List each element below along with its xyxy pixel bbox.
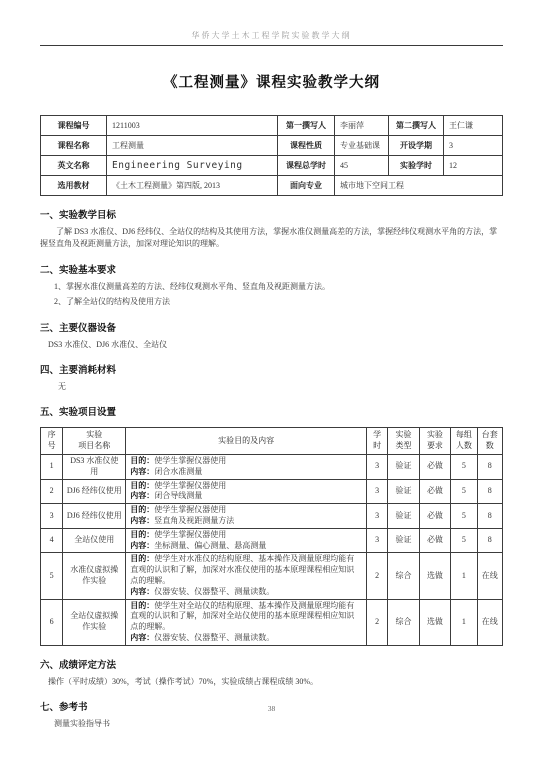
page-title: 《工程测量》课程实验教学大纲: [40, 71, 503, 92]
col-header-hours: 学 时: [366, 428, 387, 455]
experiment-purpose: 目的：使学生掌握仪器使用: [130, 481, 362, 492]
experiment-purpose-content: 目的：使学生掌握仪器使用内容：竖直角及视距测量方法: [126, 504, 367, 529]
experiment-sets: 在线: [477, 599, 502, 645]
experiment-row: 5水准仪虚拟操作实验目的：使学生对水准仪的结构原理、基本操作及测量原理均能有直观…: [41, 553, 503, 599]
experiment-purpose-content: 目的：使学生掌握仪器使用内容：坐标测量、偏心测量、悬高测量: [126, 528, 367, 553]
second-author-value: 王仁谦: [444, 116, 503, 136]
experiment-purpose: 目的：使学生掌握仪器使用: [130, 456, 362, 467]
col-header-requirement: 实验 要求: [419, 428, 450, 455]
section-paragraph: 操作（平时成绩）30%，考试（操作考试）70%，实验成绩占课程成绩 30%。: [40, 676, 503, 688]
experiments-table: 序 号 实验 项目名称 实验目的及内容 学 时 实验 类型 实验 要求 每组 人…: [40, 427, 503, 645]
course-code-label: 课程编号: [41, 116, 107, 136]
col-header-sets: 台套 数: [477, 428, 502, 455]
experiment-purpose-content: 目的：使学生掌握仪器使用内容：闭合水准测量: [126, 454, 367, 479]
semester-value: 3: [444, 136, 503, 156]
course-name-label: 课程名称: [41, 136, 107, 156]
section-paragraph: 无: [40, 381, 503, 393]
experiment-type: 验证: [388, 454, 419, 479]
document-page: 华侨大学土木工程学院实验教学大纲 《工程测量》课程实验教学大纲 课程编号 121…: [0, 0, 543, 768]
english-name-value: Engineering Surveying: [107, 156, 278, 176]
course-info-row: 选用教材 《土木工程测量》第四版, 2013 面向专业 城市地下空间工程: [41, 176, 503, 196]
col-header-purpose-content: 实验目的及内容: [126, 428, 367, 455]
experiment-name: 全站仪虚拟操作实验: [63, 599, 126, 645]
experiment-purpose: 目的：使学生对全站仪的结构原理、基本操作及测量原理均能有直观的认识和了解，加深对…: [130, 601, 362, 633]
requirement-item: 2、了解全站仪的结构及使用方法: [40, 296, 503, 308]
col-header-no: 序 号: [41, 428, 63, 455]
major-value: 城市地下空间工程: [335, 176, 503, 196]
experiment-name: DJ6 经纬仪使用: [63, 504, 126, 529]
experiment-type: 综合: [388, 553, 419, 599]
total-hours-value: 45: [335, 156, 389, 176]
section-teaching-goals: 一、实验教学目标 了解 DS3 水准仪、DJ6 经纬仪、全站仪的结构及其使用方法…: [40, 207, 503, 251]
experiment-type: 验证: [388, 479, 419, 504]
header-rule: [40, 45, 503, 46]
experiment-purpose: 目的：使学生对水准仪的结构原理、基本操作及测量原理均能有直观的认识和了解，加深对…: [130, 554, 362, 586]
section-consumables: 四、主要消耗材料 无: [40, 362, 503, 393]
section-heading: 六、成绩评定方法: [40, 657, 503, 671]
second-author-label: 第二撰写人: [389, 116, 444, 136]
experiment-hours: 2: [366, 599, 387, 645]
experiment-requirement: 必做: [419, 479, 450, 504]
section-grading: 六、成绩评定方法 操作（平时成绩）30%，考试（操作考试）70%，实验成绩占课程…: [40, 657, 503, 688]
experiment-group-size: 1: [451, 553, 477, 599]
section-heading: 三、主要仪器设备: [40, 320, 503, 334]
experiment-no: 3: [41, 504, 63, 529]
experiment-requirement: 必做: [419, 528, 450, 553]
experiment-content: 内容：竖直角及视距测量方法: [130, 516, 362, 527]
experiment-row: 1DS3 水准仪使用目的：使学生掌握仪器使用内容：闭合水准测量3验证必做58: [41, 454, 503, 479]
experiment-row: 4全站仪使用目的：使学生掌握仪器使用内容：坐标测量、偏心测量、悬高测量3验证必做…: [41, 528, 503, 553]
experiment-type: 验证: [388, 528, 419, 553]
experiment-name: DJ6 经纬仪使用: [63, 479, 126, 504]
experiment-name: DS3 水准仪使用: [63, 454, 126, 479]
experiment-sets: 8: [477, 479, 502, 504]
course-nature-label: 课程性质: [278, 136, 335, 156]
course-info-row: 英文名称 Engineering Surveying 课程总学时 45 实验学时…: [41, 156, 503, 176]
experiment-group-size: 5: [451, 454, 477, 479]
experiment-no: 6: [41, 599, 63, 645]
experiment-no: 1: [41, 454, 63, 479]
total-hours-label: 课程总学时: [278, 156, 335, 176]
section-heading: 二、实验基本要求: [40, 262, 503, 276]
experiment-group-size: 1: [451, 599, 477, 645]
lab-hours-value: 12: [444, 156, 503, 176]
experiment-no: 5: [41, 553, 63, 599]
experiment-sets: 8: [477, 454, 502, 479]
experiment-requirement: 必做: [419, 454, 450, 479]
course-info-row: 课程编号 1211003 第一撰写人 李丽萍 第二撰写人 王仁谦: [41, 116, 503, 136]
experiment-hours: 3: [366, 454, 387, 479]
major-label: 面向专业: [278, 176, 335, 196]
textbook-value: 《土木工程测量》第四版, 2013: [107, 176, 278, 196]
textbook-label: 选用教材: [41, 176, 107, 196]
experiment-purpose: 目的：使学生掌握仪器使用: [130, 505, 362, 516]
section-heading: 四、主要消耗材料: [40, 362, 503, 376]
section-heading: 一、实验教学目标: [40, 207, 503, 221]
experiment-row: 6全站仪虚拟操作实验目的：使学生对全站仪的结构原理、基本操作及测量原理均能有直观…: [41, 599, 503, 645]
running-header: 华侨大学土木工程学院实验教学大纲: [40, 0, 503, 41]
experiment-requirement: 选做: [419, 553, 450, 599]
experiment-hours: 3: [366, 528, 387, 553]
experiment-purpose-content: 目的：使学生掌握仪器使用内容：闭合导线测量: [126, 479, 367, 504]
course-info-row: 课程名称 工程测量 课程性质 专业基础课 开设学期 3: [41, 136, 503, 156]
experiment-sets: 在线: [477, 553, 502, 599]
col-header-name: 实验 项目名称: [63, 428, 126, 455]
experiment-name: 水准仪虚拟操作实验: [63, 553, 126, 599]
page-number: 38: [0, 704, 543, 713]
section-paragraph: DS3 水准仪、DJ6 水准仪、全站仪: [40, 339, 503, 351]
course-name-value: 工程测量: [107, 136, 278, 156]
lab-hours-label: 实验学时: [389, 156, 444, 176]
experiments-header-row: 序 号 实验 项目名称 实验目的及内容 学 时 实验 类型 实验 要求 每组 人…: [41, 428, 503, 455]
experiment-purpose-content: 目的：使学生对全站仪的结构原理、基本操作及测量原理均能有直观的认识和了解，加深对…: [126, 599, 367, 645]
document-content: 华侨大学土木工程学院实验教学大纲 《工程测量》课程实验教学大纲 课程编号 121…: [40, 0, 503, 730]
requirement-item: 1、掌握水准仪测量高差的方法、经纬仪观测水平角、竖直角及视距测量方法。: [40, 281, 503, 293]
course-code-value: 1211003: [107, 116, 278, 136]
experiments-tbody: 1DS3 水准仪使用目的：使学生掌握仪器使用内容：闭合水准测量3验证必做582D…: [41, 454, 503, 645]
experiment-group-size: 5: [451, 479, 477, 504]
section-paragraph: 了解 DS3 水准仪、DJ6 经纬仪、全站仪的结构及其使用方法，掌握水准仪测量高…: [40, 226, 503, 251]
first-author-label: 第一撰写人: [278, 116, 335, 136]
semester-label: 开设学期: [389, 136, 444, 156]
section-basic-requirements: 二、实验基本要求 1、掌握水准仪测量高差的方法、经纬仪观测水平角、竖直角及视距测…: [40, 262, 503, 309]
section-heading: 五、实验项目设置: [40, 404, 503, 418]
experiment-content: 内容：闭合导线测量: [130, 491, 362, 502]
experiment-content: 内容：仪器安装、仪器整平、测量读数。: [130, 587, 362, 598]
experiment-no: 4: [41, 528, 63, 553]
experiment-hours: 2: [366, 553, 387, 599]
course-nature-value: 专业基础课: [335, 136, 389, 156]
course-info-table: 课程编号 1211003 第一撰写人 李丽萍 第二撰写人 王仁谦 课程名称 工程…: [40, 115, 503, 196]
section-experiment-setup: 五、实验项目设置: [40, 404, 503, 418]
experiment-content: 内容：仪器安装、仪器整平、测量读数。: [130, 633, 362, 644]
experiment-no: 2: [41, 479, 63, 504]
experiment-row: 3DJ6 经纬仪使用目的：使学生掌握仪器使用内容：竖直角及视距测量方法3验证必做…: [41, 504, 503, 529]
experiment-sets: 8: [477, 528, 502, 553]
experiment-hours: 3: [366, 504, 387, 529]
experiment-row: 2DJ6 经纬仪使用目的：使学生掌握仪器使用内容：闭合导线测量3验证必做58: [41, 479, 503, 504]
section-main-instruments: 三、主要仪器设备 DS3 水准仪、DJ6 水准仪、全站仪: [40, 320, 503, 351]
experiment-sets: 8: [477, 504, 502, 529]
col-header-group-size: 每组 人数: [451, 428, 477, 455]
experiment-type: 验证: [388, 504, 419, 529]
experiment-hours: 3: [366, 479, 387, 504]
experiment-group-size: 5: [451, 528, 477, 553]
experiment-content: 内容：坐标测量、偏心测量、悬高测量: [130, 541, 362, 552]
experiment-requirement: 选做: [419, 599, 450, 645]
experiment-group-size: 5: [451, 504, 477, 529]
experiment-content: 内容：闭合水准测量: [130, 467, 362, 478]
experiment-name: 全站仪使用: [63, 528, 126, 553]
experiment-type: 综合: [388, 599, 419, 645]
english-name-label: 英文名称: [41, 156, 107, 176]
first-author-value: 李丽萍: [335, 116, 389, 136]
col-header-type: 实验 类型: [388, 428, 419, 455]
experiment-requirement: 必做: [419, 504, 450, 529]
experiment-purpose: 目的：使学生掌握仪器使用: [130, 530, 362, 541]
section-paragraph: 测量实验指导书: [40, 718, 503, 730]
experiment-purpose-content: 目的：使学生对水准仪的结构原理、基本操作及测量原理均能有直观的认识和了解，加深对…: [126, 553, 367, 599]
